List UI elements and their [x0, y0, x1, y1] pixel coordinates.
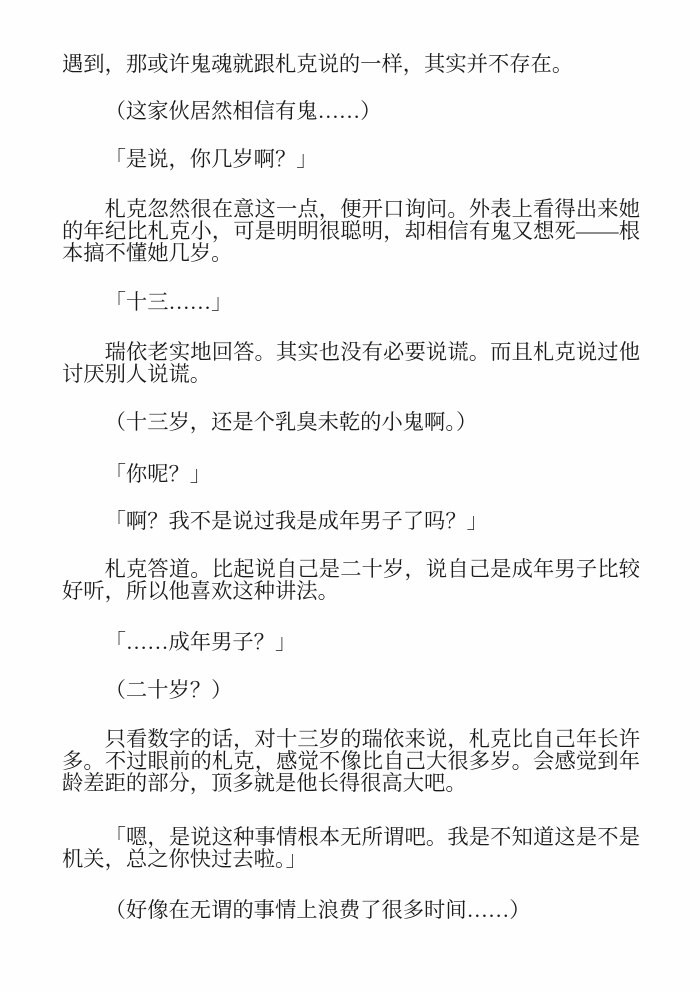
paragraph: 札克忽然很在意这一点，便开口询问。外表上看得出来她的年纪比札克小，可是明明很聪明…: [62, 198, 640, 264]
paragraph: 只看数字的话，对十三岁的瑞依来说，札克比自己年长许多。不过眼前的札克，感觉不像比…: [62, 728, 640, 794]
paragraph-inner-thought: （二十岁？）: [62, 679, 640, 701]
paragraph-dialogue: 「是说，你几岁啊？」: [62, 148, 640, 170]
paragraph-dialogue: 「……成年男子？」: [62, 631, 640, 653]
paragraph: 瑞依老实地回答。其实也没有必要说谎。而且札克说过他讨厌别人说谎。: [62, 341, 640, 385]
book-page: 遇到，那或许鬼魂就跟札克说的一样，其实并不存在。 （这家伙居然相信有鬼……） 「…: [0, 0, 700, 992]
paragraph: 札克答道。比起说自己是二十岁，说自己是成年男子比较好听，所以他喜欢这种讲法。: [62, 558, 640, 602]
paragraph-inner-thought: （这家伙居然相信有鬼……）: [62, 100, 640, 122]
paragraph: 遇到，那或许鬼魂就跟札克说的一样，其实并不存在。: [62, 53, 640, 75]
paragraph-inner-thought: （好像在无谓的事情上浪费了很多时间……）: [62, 899, 640, 921]
paragraph-dialogue: 「十三……」: [62, 291, 640, 313]
paragraph-inner-thought: （十三岁，还是个乳臭未乾的小鬼啊。）: [62, 411, 640, 433]
paragraph-dialogue: 「啊？我不是说过我是成年男子了吗？」: [62, 510, 640, 532]
paragraph-dialogue: 「你呢？」: [62, 463, 640, 485]
paragraph-dialogue: 「嗯，是说这种事情根本无所谓吧。我是不知道这是不是机关，总之你快过去啦。」: [62, 826, 640, 870]
